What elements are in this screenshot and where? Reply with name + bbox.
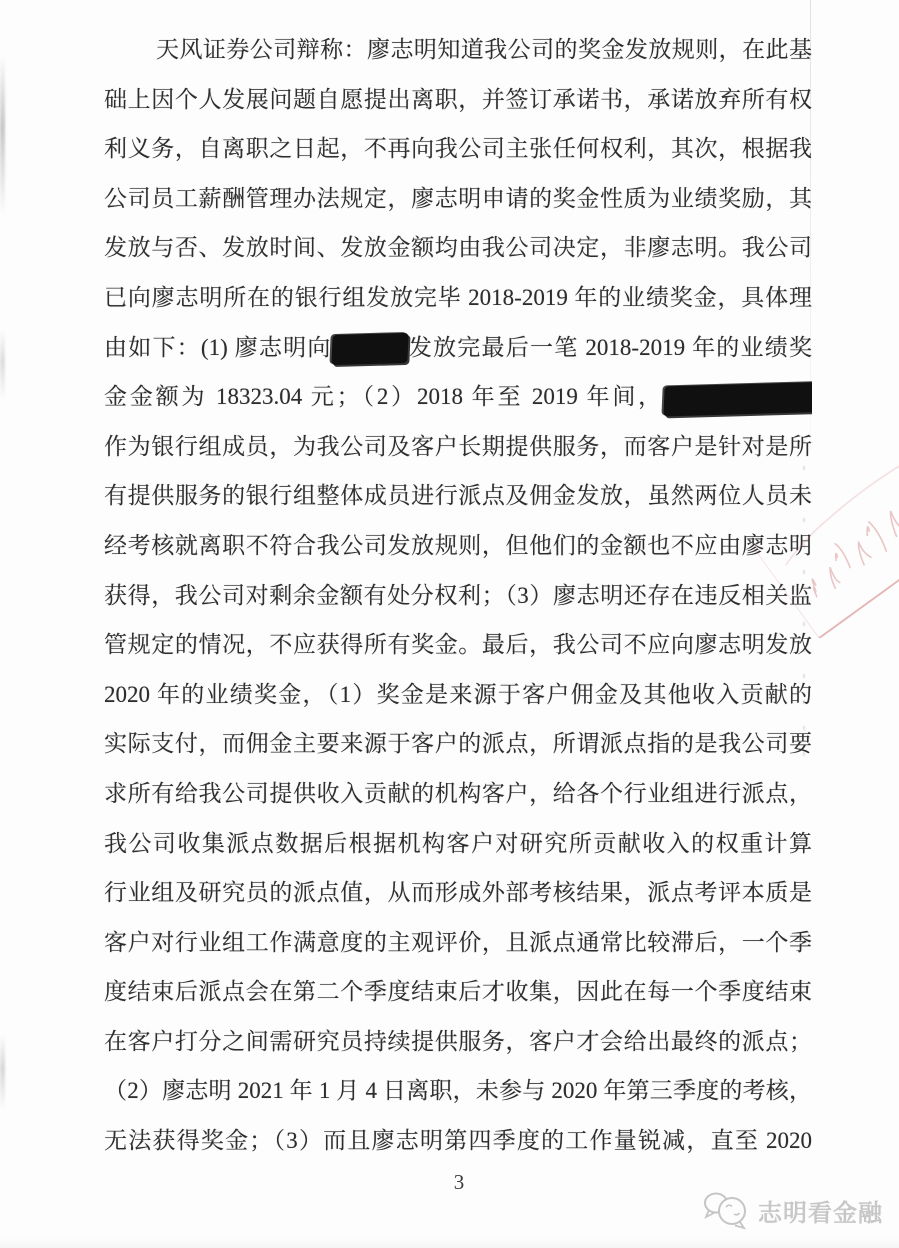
text-line: 度结束后派点会在第二个季度结束后才收集，因此在每一个季度结束: [104, 967, 812, 1017]
text-segment: 度结束后派点会在第二个季度结束后才收集，因此在每一个季度结束: [104, 979, 812, 1004]
text-segment: 已向廖志明所在的银行组发放完毕 2018-2019 年的业绩奖金，具体理: [104, 285, 812, 310]
scan-bottom-shade: [0, 1238, 899, 1248]
text-line: 已向廖志明所在的银行组发放完毕 2018-2019 年的业绩奖金，具体理: [104, 273, 812, 323]
text-line: 求所有给我公司提供收入贡献的机构客户，给各个行业组进行派点，: [104, 769, 812, 819]
text-line: 由如下：(1) 廖志明向发放完最后一笔 2018-2019 年的业绩奖: [104, 323, 812, 373]
text-line: 2020 年的业绩奖金，（1）奖金是来源于客户佣金及其他收入贡献的: [104, 670, 812, 720]
text-line: 经考核就离职不符合我公司发放规则，但他们的金额也不应由廖志明: [104, 521, 812, 571]
text-segment: 发放完最后一笔 2018-2019 年的业绩奖: [408, 335, 812, 360]
text-line: 利义务，自离职之日起，不再向我公司主张任何权利，其次，根据我: [104, 124, 812, 174]
text-line: 管规定的情况，不应获得所有奖金。最后，我公司不应向廖志明发放: [104, 620, 812, 670]
scanned-document-page: 天风证券公司辩称：廖志明知道我公司的奖金发放规则，在此基础上因个人发展问题自愿提…: [0, 0, 899, 1248]
text-line: 公司员工薪酬管理办法规定，廖志明申请的奖金性质为业绩奖励，其: [104, 174, 812, 224]
watermark-logo-icon: [703, 1190, 751, 1230]
text-line: 无法获得奖金；（3）而且廖志明第四季度的工作量锐减，直至 2020: [104, 1116, 812, 1166]
text-segment: 实际支付，而佣金主要来源于客户的派点，所谓派点指的是我公司要: [104, 731, 812, 756]
text-line: 金金额为 18323.04 元；（2）2018 年至 2019 年间，: [104, 372, 812, 422]
text-segment: 由如下：(1) 廖志明向: [104, 335, 332, 360]
text-line: 发放与否、发放时间、发放金额均由我公司决定，非廖志明。我公司: [104, 223, 812, 273]
text-line: 础上因个人发展问题自愿提出离职，并签订承诺书，承诺放弃所有权: [104, 75, 812, 125]
text-segment: 利义务，自离职之日起，不再向我公司主张任何权利，其次，根据我: [104, 136, 812, 161]
text-segment: 金金额为 18323.04 元；（2）2018 年至 2019 年间，: [104, 384, 664, 409]
watermark: 志明看金融: [703, 1190, 883, 1230]
watermark-label: 志明看金融: [758, 1193, 883, 1228]
text-segment: （2）廖志明 2021 年 1 月 4 日离职，未参与 2020 年第三季度的考…: [104, 1078, 812, 1103]
text-segment: 经考核就离职不符合我公司发放规则，但他们的金额也不应由廖志明: [104, 533, 812, 558]
text-segment: 作为银行组成员，为我公司及客户长期提供服务，而客户是针对是所: [104, 434, 812, 459]
text-segment: 有提供服务的银行组整体成员进行派点及佣金发放，虽然两位人员未: [104, 483, 812, 508]
text-segment: 客户对行业组工作满意度的主观评价，且派点通常比较滞后，一个季: [104, 930, 812, 955]
document-lines: 天风证券公司辩称：廖志明知道我公司的奖金发放规则，在此基础上因个人发展问题自愿提…: [104, 25, 812, 1166]
text-segment: 2020 年的业绩奖金，（1）奖金是来源于客户佣金及其他收入贡献的: [104, 682, 812, 707]
text-line: 获得，我公司对剩余金额有处分权利；（3）廖志明还存在违反相关监: [104, 571, 812, 621]
text-line: （2）廖志明 2021 年 1 月 4 日离职，未参与 2020 年第三季度的考…: [104, 1066, 812, 1116]
scan-edge-artifact: [0, 55, 5, 215]
text-segment: 发放与否、发放时间、发放金额均由我公司决定，非廖志明。我公司: [104, 235, 812, 260]
text-line: 实际支付，而佣金主要来源于客户的派点，所谓派点指的是我公司要: [104, 719, 812, 769]
scan-edge-artifact: [0, 330, 5, 400]
text-segment: 无法获得奖金；（3）而且廖志明第四季度的工作量锐减，直至 2020: [104, 1128, 812, 1153]
text-line: 我公司收集派点数据后根据机构客户对研究所贡献收入的权重计算: [104, 819, 812, 869]
text-segment: 天风证券公司辩称：廖志明知道我公司的奖金发放规则，在此基: [156, 37, 812, 62]
redaction-mark: [331, 333, 408, 365]
text-segment: 础上因个人发展问题自愿提出离职，并签订承诺书，承诺放弃所有权: [104, 87, 812, 112]
text-line: 作为银行组成员，为我公司及客户长期提供服务，而客户是针对是所: [104, 422, 812, 472]
text-line: 天风证券公司辩称：廖志明知道我公司的奖金发放规则，在此基: [104, 25, 812, 75]
text-segment: 求所有给我公司提供收入贡献的机构客户，给各个行业组进行派点，: [104, 781, 812, 806]
text-line: 客户对行业组工作满意度的主观评价，且派点通常比较滞后，一个季: [104, 918, 812, 968]
text-line: 有提供服务的银行组整体成员进行派点及佣金发放，虽然两位人员未: [104, 471, 812, 521]
text-line: 行业组及研究员的派点值，从而形成外部考核结果，派点考评本质是: [104, 868, 812, 918]
page-number: 3: [446, 1170, 472, 1195]
text-segment: 我公司收集派点数据后根据机构客户对研究所贡献收入的权重计算: [104, 831, 812, 856]
text-segment: 行业组及研究员的派点值，从而形成外部考核结果，派点考评本质是: [104, 880, 812, 905]
scan-edge-artifact: [0, 1035, 5, 1110]
text-segment: 管规定的情况，不应获得所有奖金。最后，我公司不应向廖志明发放: [104, 632, 812, 657]
redaction-mark: [663, 381, 812, 416]
text-segment: 公司员工薪酬管理办法规定，廖志明申请的奖金性质为业绩奖励，其: [104, 186, 812, 211]
text-segment: 在客户打分之间需研究员持续提供服务，客户才会给出最终的派点；: [104, 1029, 812, 1054]
text-line: 在客户打分之间需研究员持续提供服务，客户才会给出最终的派点；: [104, 1017, 812, 1067]
text-segment: 获得，我公司对剩余金额有处分权利；（3）廖志明还存在违反相关监: [104, 583, 812, 608]
